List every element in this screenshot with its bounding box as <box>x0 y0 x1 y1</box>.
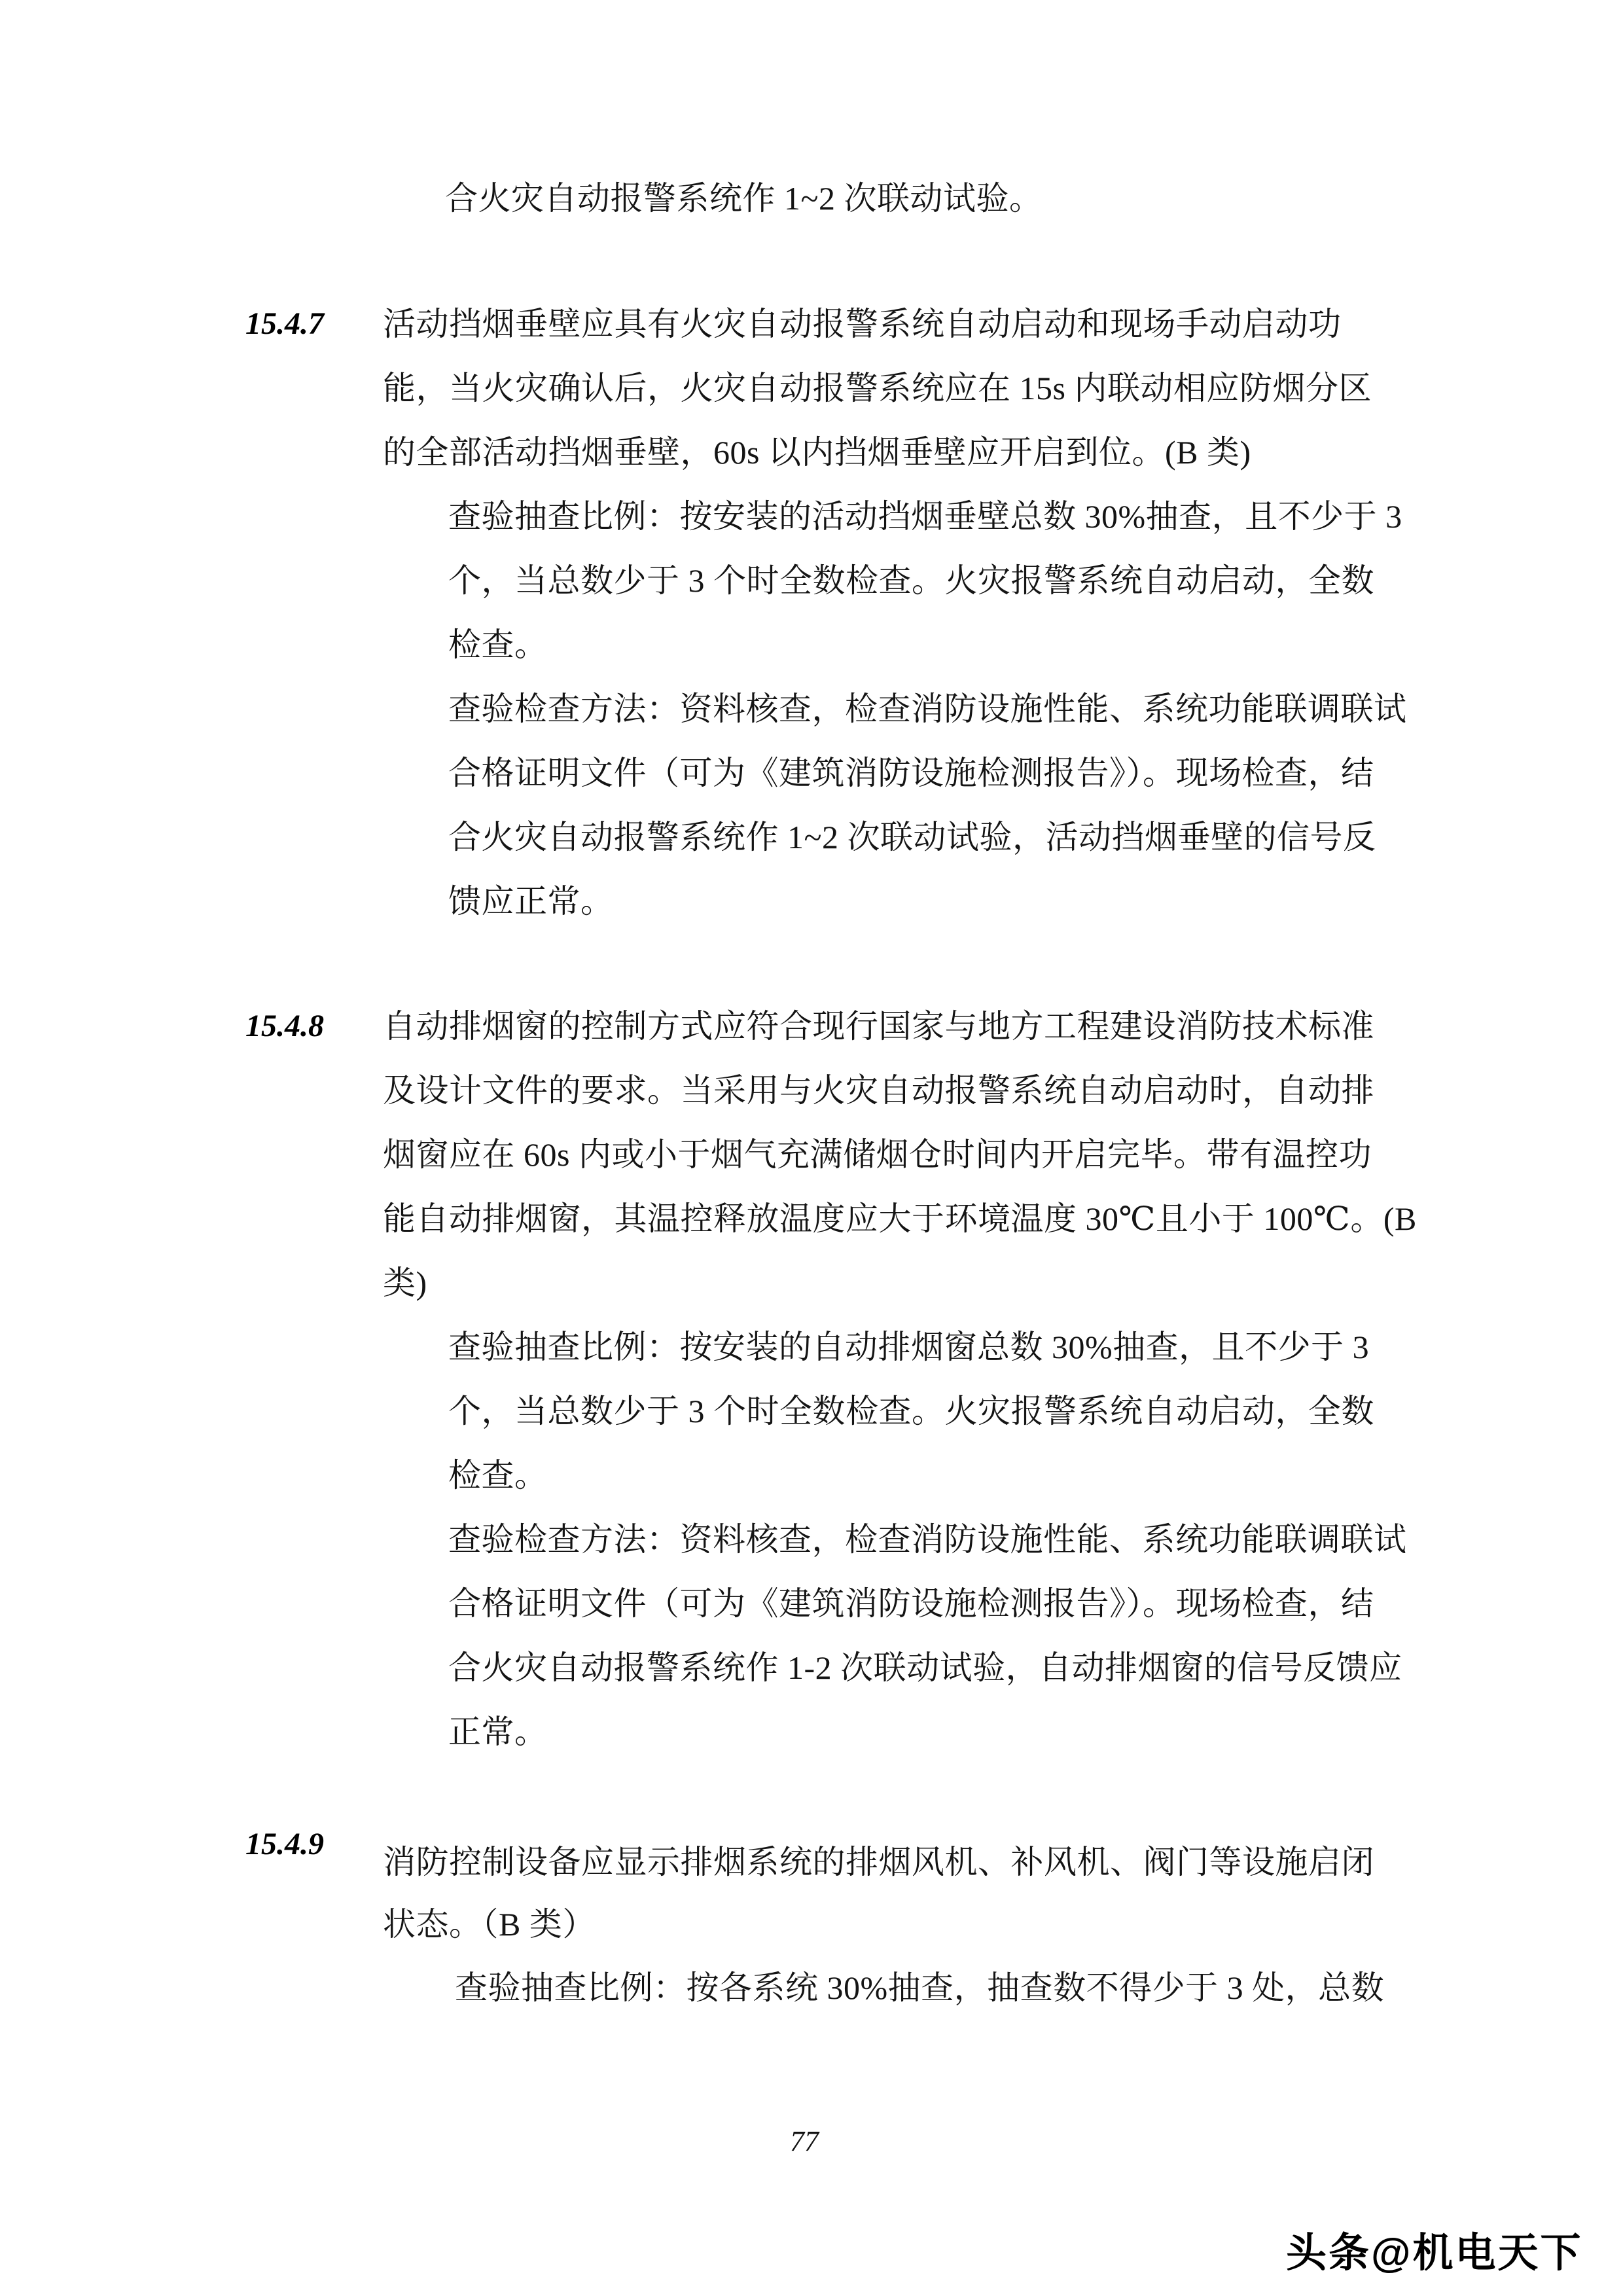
body-line: 状态。（B 类） <box>383 1904 596 1945</box>
document-page: 合火灾自动报警系统作 1~2 次联动试验。 15.4.7 活动挡烟垂壁应具有火灾… <box>0 0 1623 2296</box>
body-line: 烟窗应在 60s 内或小于烟气充满储烟仓时间内开启完毕。带有温控功 <box>383 1134 1372 1175</box>
sub-line: 个，当总数少于 3 个时全数检查。火灾报警系统自动启动，全数 <box>448 1391 1374 1431</box>
body-line: 的全部活动挡烟垂壁，60s 以内挡烟垂壁应开启到位。(B 类) <box>383 432 1251 473</box>
sub-line-sampling-ratio: 查验抽查比例：按安装的自动排烟窗总数 30%抽查，且不少于 3 <box>448 1327 1369 1367</box>
page-number: 77 <box>790 2125 819 2158</box>
sub-line: 个，当总数少于 3 个时全数检查。火灾报警系统自动启动，全数 <box>448 560 1374 601</box>
body-line: 自动排烟窗的控制方式应符合现行国家与地方工程建设消防技术标准 <box>383 1006 1374 1047</box>
sub-line: 合格证明文件（可为《建筑消防设施检测报告》）。现场检查，结 <box>448 753 1374 793</box>
section-number-15-4-7: 15.4.7 <box>245 304 324 344</box>
body-line: 及设计文件的要求。当采用与火灾自动报警系统自动启动时，自动排 <box>383 1070 1374 1111</box>
sub-line-check-method: 查验检查方法：资料核查，检查消防设施性能、系统功能联调联试 <box>448 1519 1407 1560</box>
sub-line: 合格证明文件（可为《建筑消防设施检测报告》）。现场检查，结 <box>448 1583 1374 1624</box>
body-line: 活动挡烟垂壁应具有火灾自动报警系统自动启动和现场手动启动功 <box>383 304 1342 344</box>
sub-line: 检查。 <box>448 1455 548 1496</box>
body-line: 消防控制设备应显示排烟系统的排烟风机、补风机、阀门等设施启闭 <box>383 1842 1374 1882</box>
body-line: 能，当火灾确认后，火灾自动报警系统应在 15s 内联动相应防烟分区 <box>383 368 1372 408</box>
sub-line: 合火灾自动报警系统作 1~2 次联动试验，活动挡烟垂壁的信号反 <box>448 817 1376 857</box>
intro-line: 合火灾自动报警系统作 1~2 次联动试验。 <box>445 178 1043 219</box>
section-number-15-4-8: 15.4.8 <box>245 1006 324 1047</box>
watermark-toutiao-jidiantianxia: 头条@机电天下 <box>1286 2220 1582 2278</box>
sub-line-sampling-ratio: 查验抽查比例：按各系统 30%抽查，抽查数不得少于 3 处，总数 <box>455 1967 1384 2008</box>
sub-line: 馈应正常。 <box>448 881 614 922</box>
sub-line: 检查。 <box>448 624 548 665</box>
section-number-15-4-9: 15.4.9 <box>245 1824 324 1865</box>
body-line: 能自动排烟窗，其温控释放温度应大于环境温度 30℃且小于 100℃。(B <box>383 1198 1417 1239</box>
body-line: 类) <box>383 1263 427 1303</box>
sub-line-sampling-ratio: 查验抽查比例：按安装的活动挡烟垂壁总数 30%抽查，且不少于 3 <box>448 496 1402 537</box>
sub-line: 正常。 <box>448 1712 548 1752</box>
sub-line: 合火灾自动报警系统作 1-2 次联动试验，自动排烟窗的信号反馈应 <box>448 1647 1402 1688</box>
sub-line-check-method: 查验检查方法：资料核查，检查消防设施性能、系统功能联调联试 <box>448 689 1407 729</box>
